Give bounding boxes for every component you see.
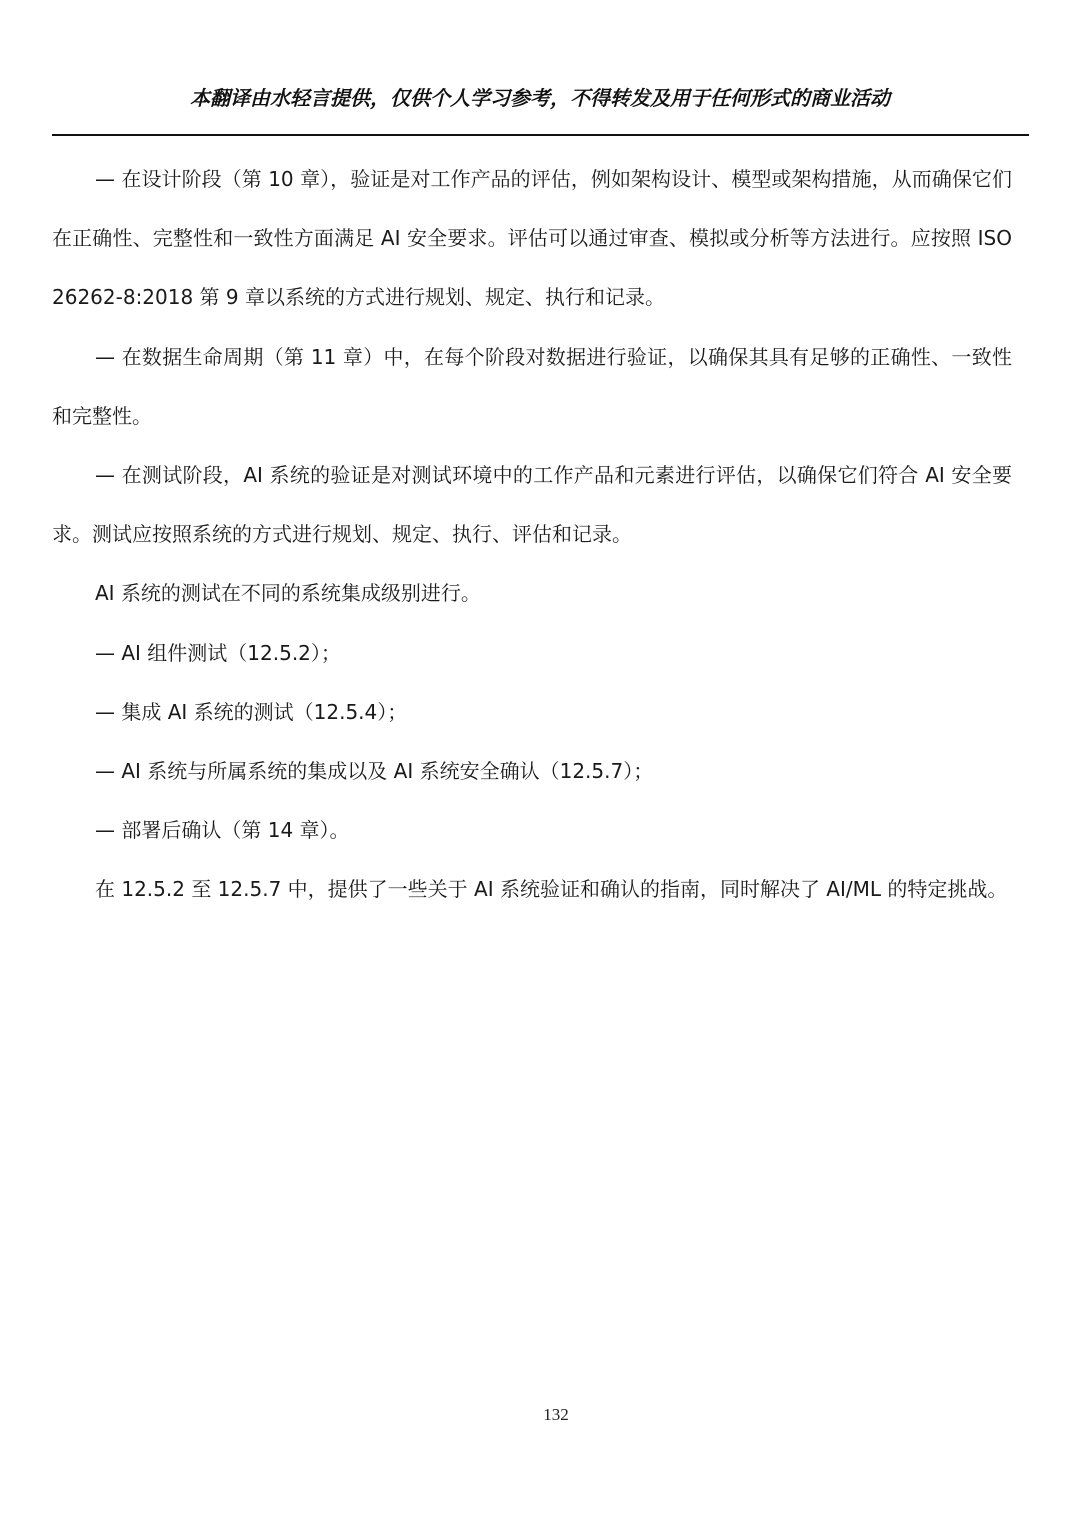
- list-item-component-testing: — AI 组件测试（12.5.2）；: [52, 624, 1012, 683]
- paragraph-guidance: 在 12.5.2 至 12.5.7 中，提供了一些关于 AI 系统验证和确认的指…: [52, 860, 1012, 919]
- header-divider: [52, 134, 1029, 136]
- paragraph-data-lifecycle: — 在数据生命周期（第 11 章）中，在每个阶段对数据进行验证，以确保其具有足够…: [52, 328, 1012, 446]
- document-body: — 在设计阶段（第 10 章），验证是对工作产品的评估，例如架构设计、模型或架构…: [52, 150, 1012, 920]
- document-header-notice: 本翻译由水轻言提供，仅供个人学习参考，不得转发及用于任何形式的商业活动: [0, 82, 1080, 111]
- list-item-system-integration: — AI 系统与所属系统的集成以及 AI 系统安全确认（12.5.7）；: [52, 742, 1012, 801]
- paragraph-design-phase: — 在设计阶段（第 10 章），验证是对工作产品的评估，例如架构设计、模型或架构…: [52, 150, 1012, 328]
- list-item-post-deployment: — 部署后确认（第 14 章）。: [52, 801, 1012, 860]
- list-item-integrated-testing: — 集成 AI 系统的测试（12.5.4）；: [52, 683, 1012, 742]
- page-number: 132: [0, 1405, 1080, 1425]
- paragraph-testing-phase: — 在测试阶段，AI 系统的验证是对测试环境中的工作产品和元素进行评估，以确保它…: [52, 446, 1012, 564]
- paragraph-integration-levels: AI 系统的测试在不同的系统集成级别进行。: [52, 564, 1012, 623]
